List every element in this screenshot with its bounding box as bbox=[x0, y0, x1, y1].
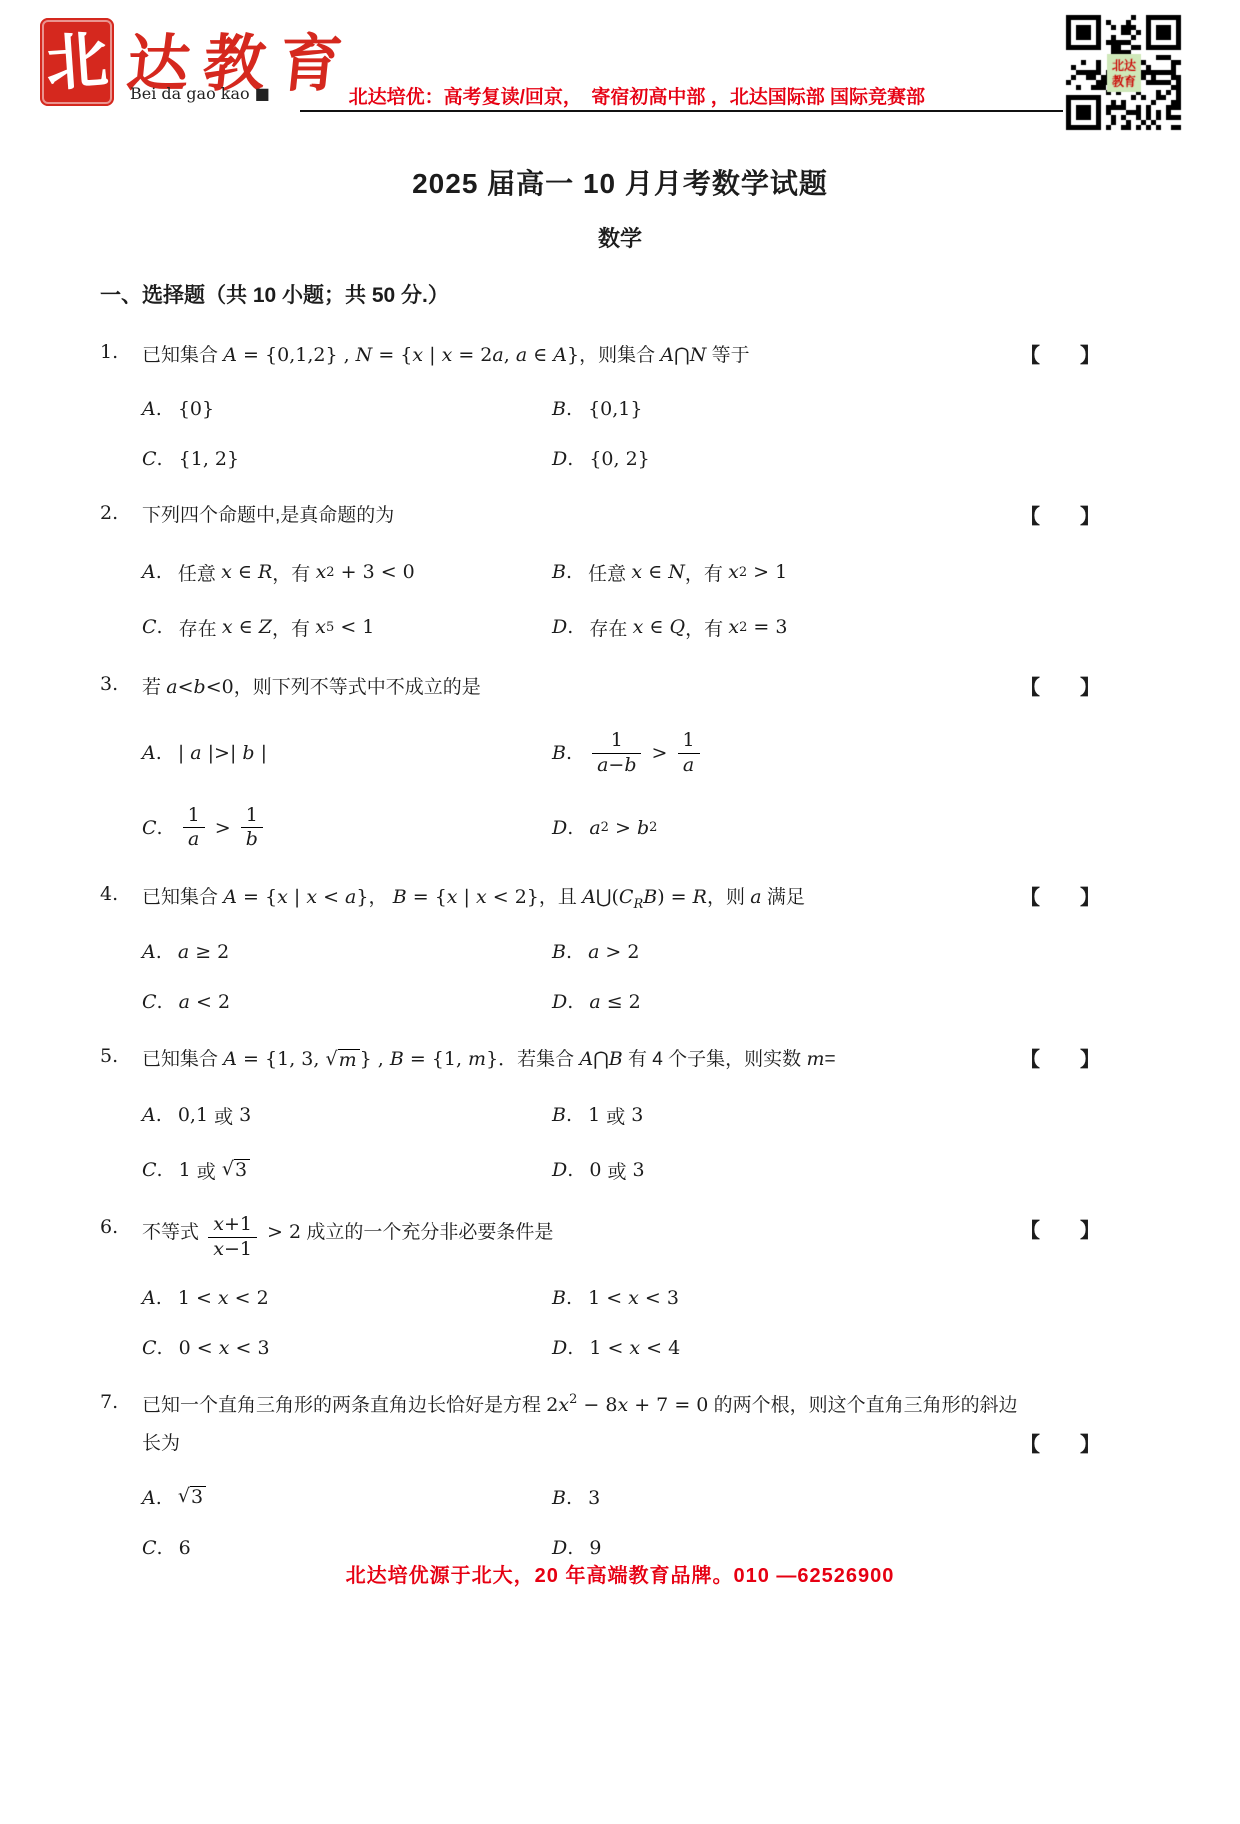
question-stem: 已知一个直角三角形的两条直角边长恰好是方程 2x2 − 8x + 7 = 0 的… bbox=[142, 1389, 1100, 1422]
option-label: C. bbox=[142, 991, 169, 1013]
option-item: C. 0 < x < 3 bbox=[142, 1337, 542, 1359]
option-content: a < 2 bbox=[179, 991, 230, 1013]
question-stem-row: 已知集合 A = {0,1,2} , N = {x | x = 2a, a ∈ … bbox=[142, 339, 1100, 372]
option-label: A. bbox=[142, 1487, 168, 1509]
option-item: A. a ≥ 2 bbox=[142, 941, 542, 963]
question-lines: 已知集合 A = {x | x < a}， B = {x | x < 2}，且 … bbox=[142, 881, 1100, 920]
option-item: A. 任意 x ∈ R，有 x2 + 3 < 0 bbox=[142, 559, 542, 586]
option-item: B. {0,1} bbox=[552, 398, 1100, 420]
questions: 1. 已知集合 A = {0,1,2} , N = {x | x = 2a, a… bbox=[0, 309, 1240, 1559]
option-label: B. bbox=[552, 742, 578, 764]
option-content: 存在 x ∈ Q，有 x2 = 3 bbox=[589, 614, 787, 641]
option-item: C. 存在 x ∈ Z，有 x5 < 1 bbox=[142, 614, 542, 641]
exam-page: 北 达教育 Bei da gao kao ■ 北达培优：高考复读/回京， 寄宿初… bbox=[0, 0, 1240, 1824]
option-content: √3 bbox=[178, 1486, 206, 1509]
option-item: A. √3 bbox=[142, 1486, 542, 1509]
question: 1. 已知集合 A = {0,1,2} , N = {x | x = 2a, a… bbox=[100, 339, 1100, 470]
options-grid: A. √3B. 3C. 6D. 9 bbox=[142, 1486, 1100, 1559]
option-item: D. a ≤ 2 bbox=[552, 991, 1100, 1013]
option-item: D. 9 bbox=[552, 1537, 1100, 1559]
answer-bracket: 【 】 bbox=[1020, 339, 1100, 368]
option-item: D. {0, 2} bbox=[552, 448, 1100, 470]
option-item: D. 存在 x ∈ Q，有 x2 = 3 bbox=[552, 614, 1100, 641]
question-stem: 已知集合 A = {x | x < a}， B = {x | x < 2}，且 … bbox=[142, 881, 1002, 914]
option-label: A. bbox=[142, 742, 168, 764]
question-head: 3. 若 a<b<0，则下列不等式中不成立的是【 】 bbox=[100, 671, 1100, 710]
option-item: B. 任意 x ∈ N，有 x2 > 1 bbox=[552, 559, 1100, 586]
options-grid: A. {0}B. {0,1}C. {1, 2}D. {0, 2} bbox=[142, 398, 1100, 470]
option-item: A. | a |>| b | bbox=[142, 742, 542, 764]
question-stem: 不等式 x+1x−1 > 2 成立的一个充分非必要条件是 bbox=[142, 1214, 1002, 1261]
option-content: {1, 2} bbox=[179, 448, 239, 470]
option-label: B. bbox=[552, 1104, 578, 1126]
option-content: 1 < x < 2 bbox=[178, 1287, 269, 1309]
question-stem: 若 a<b<0，则下列不等式中不成立的是 bbox=[142, 671, 1002, 704]
option-content: {0} bbox=[178, 398, 214, 420]
question-stem: 已知集合 A = {1, 3, √m} , B = {1, m}．若集合 A⋂B… bbox=[142, 1043, 1002, 1076]
question: 6. 不等式 x+1x−1 > 2 成立的一个充分非必要条件是【 】 A. 1 … bbox=[100, 1214, 1100, 1359]
option-item: A. 1 < x < 2 bbox=[142, 1287, 542, 1309]
option-label: D. bbox=[552, 1537, 579, 1559]
option-label: D. bbox=[552, 616, 579, 638]
question-number: 2. bbox=[100, 500, 142, 524]
question-head: 2. 下列四个命题中,是真命题的为【 】 bbox=[100, 500, 1100, 538]
option-content: 6 bbox=[179, 1537, 191, 1559]
option-item: B. 1 < x < 3 bbox=[552, 1287, 1100, 1309]
option-content: 1 < x < 4 bbox=[589, 1337, 680, 1359]
option-item: A. {0} bbox=[142, 398, 542, 420]
option-label: C. bbox=[142, 448, 169, 470]
question-stem-row: 已知集合 A = {x | x < a}， B = {x | x < 2}，且 … bbox=[142, 881, 1100, 914]
answer-bracket: 【 】 bbox=[1020, 1043, 1100, 1072]
question-lines: 不等式 x+1x−1 > 2 成立的一个充分非必要条件是【 】 bbox=[142, 1214, 1100, 1267]
option-label: D. bbox=[552, 991, 579, 1013]
option-content: 0,1 或 3 bbox=[178, 1102, 251, 1129]
option-item: D. a2 > b2 bbox=[552, 817, 1100, 839]
option-content: 3 bbox=[588, 1487, 600, 1509]
options-grid: A. a ≥ 2B. a > 2C. a < 2D. a ≤ 2 bbox=[142, 941, 1100, 1013]
option-item: C. 1 或 √3 bbox=[142, 1157, 542, 1184]
question-number: 3. bbox=[100, 671, 142, 695]
options-grid: A. 0,1 或 3B. 1 或 3C. 1 或 √3D. 0 或 3 bbox=[142, 1102, 1100, 1184]
option-content: a > 2 bbox=[588, 941, 639, 963]
option-label: A. bbox=[142, 1104, 168, 1126]
option-item: B. a > 2 bbox=[552, 941, 1100, 963]
answer-bracket: 【 】 bbox=[1020, 1214, 1100, 1243]
option-content: 0 或 3 bbox=[589, 1157, 644, 1184]
question-number: 4. bbox=[100, 881, 142, 905]
question-stem: 下列四个命题中,是真命题的为 bbox=[142, 500, 1002, 532]
option-label: D. bbox=[552, 448, 579, 470]
question-number: 7. bbox=[100, 1389, 142, 1413]
option-item: C. 6 bbox=[142, 1537, 542, 1559]
brand-tagline: 北达培优：高考复读/回京， 寄宿初高中部 ，北达国际部 国际竞赛部 bbox=[349, 82, 925, 109]
option-content: 任意 x ∈ N，有 x2 > 1 bbox=[588, 559, 787, 586]
options-grid: A. 1 < x < 2B. 1 < x < 3C. 0 < x < 3D. 1… bbox=[142, 1287, 1100, 1359]
option-content: 1 或 √3 bbox=[179, 1157, 250, 1184]
option-content: {0, 2} bbox=[589, 448, 649, 470]
option-item: A. 0,1 或 3 bbox=[142, 1102, 542, 1129]
option-label: C. bbox=[142, 1159, 169, 1181]
option-label: A. bbox=[142, 1287, 168, 1309]
answer-bracket: 【 】 bbox=[1020, 500, 1100, 529]
question-head: 6. 不等式 x+1x−1 > 2 成立的一个充分非必要条件是【 】 bbox=[100, 1214, 1100, 1267]
question-stem: 已知集合 A = {0,1,2} , N = {x | x = 2a, a ∈ … bbox=[142, 339, 1002, 372]
option-content: 任意 x ∈ R，有 x2 + 3 < 0 bbox=[178, 559, 415, 586]
question-head: 7. 已知一个直角三角形的两条直角边长恰好是方程 2x2 − 8x + 7 = … bbox=[100, 1389, 1100, 1467]
option-label: C. bbox=[142, 616, 169, 638]
option-item: C. {1, 2} bbox=[142, 448, 542, 470]
option-item: C. 1a > 1b bbox=[142, 805, 542, 852]
option-item: C. a < 2 bbox=[142, 991, 542, 1013]
answer-bracket: 【 】 bbox=[1020, 1428, 1100, 1457]
option-content: 1a−b > 1a bbox=[588, 730, 704, 777]
question-lines: 下列四个命题中,是真命题的为【 】 bbox=[142, 500, 1100, 538]
option-item: B. 3 bbox=[552, 1487, 1100, 1509]
option-content: 1 < x < 3 bbox=[588, 1287, 679, 1309]
question: 3. 若 a<b<0，则下列不等式中不成立的是【 】 A. | a |>| b … bbox=[100, 671, 1100, 852]
option-label: A. bbox=[142, 398, 168, 420]
option-label: C. bbox=[142, 817, 169, 839]
option-content: a ≥ 2 bbox=[178, 941, 229, 963]
option-item: B. 1 或 3 bbox=[552, 1102, 1100, 1129]
question-lines: 已知一个直角三角形的两条直角边长恰好是方程 2x2 − 8x + 7 = 0 的… bbox=[142, 1389, 1100, 1467]
option-content: {0,1} bbox=[588, 398, 642, 420]
question: 2. 下列四个命题中,是真命题的为【 】 A. 任意 x ∈ R，有 x2 + … bbox=[100, 500, 1100, 640]
footer-text: 北达培优源于北大，20 年高端教育品牌。010 —62526900 bbox=[0, 1559, 1240, 1588]
option-label: D. bbox=[552, 1337, 579, 1359]
option-label: C. bbox=[142, 1537, 169, 1559]
question: 7. 已知一个直角三角形的两条直角边长恰好是方程 2x2 − 8x + 7 = … bbox=[100, 1389, 1100, 1559]
options-grid: A. | a |>| b |B. 1a−b > 1aC. 1a > 1bD. a… bbox=[142, 730, 1100, 851]
question-stem-row: 若 a<b<0，则下列不等式中不成立的是【 】 bbox=[142, 671, 1100, 704]
option-label: B. bbox=[552, 561, 578, 583]
answer-bracket: 【 】 bbox=[1020, 671, 1100, 700]
option-label: B. bbox=[552, 1487, 578, 1509]
question-head: 5. 已知集合 A = {1, 3, √m} , B = {1, m}．若集合 … bbox=[100, 1043, 1100, 1082]
section-heading: 一、选择题（共 10 小题；共 50 分.） bbox=[100, 279, 1240, 309]
option-content: 存在 x ∈ Z，有 x5 < 1 bbox=[179, 614, 375, 641]
question-head: 1. 已知集合 A = {0,1,2} , N = {x | x = 2a, a… bbox=[100, 339, 1100, 378]
header-divider bbox=[300, 110, 1105, 112]
question-stem-row: 长为【 】 bbox=[142, 1428, 1100, 1460]
option-content: 0 < x < 3 bbox=[179, 1337, 270, 1359]
option-content: 1a > 1b bbox=[179, 805, 267, 852]
page-subtitle: 数学 bbox=[0, 222, 1240, 253]
option-label: A. bbox=[142, 561, 168, 583]
question-number: 5. bbox=[100, 1043, 142, 1067]
question-stem: 长为 bbox=[142, 1428, 1002, 1460]
answer-bracket: 【 】 bbox=[1020, 881, 1100, 910]
question-lines: 已知集合 A = {0,1,2} , N = {x | x = 2a, a ∈ … bbox=[142, 339, 1100, 378]
question-stem-row: 下列四个命题中,是真命题的为【 】 bbox=[142, 500, 1100, 532]
question-stem-row: 已知集合 A = {1, 3, √m} , B = {1, m}．若集合 A⋂B… bbox=[142, 1043, 1100, 1076]
option-label: C. bbox=[142, 1337, 169, 1359]
option-label: B. bbox=[552, 1287, 578, 1309]
option-content: a2 > b2 bbox=[589, 817, 657, 839]
question-number: 1. bbox=[100, 339, 142, 363]
page-header: 北 达教育 Bei da gao kao ■ 北达培优：高考复读/回京， 寄宿初… bbox=[0, 0, 1240, 138]
brand-pinyin: Bei da gao kao ■ bbox=[130, 84, 270, 103]
option-content: 1 或 3 bbox=[588, 1102, 643, 1129]
option-label: A. bbox=[142, 941, 168, 963]
option-label: B. bbox=[552, 941, 578, 963]
stamp-character: 北 bbox=[44, 29, 110, 95]
question-lines: 已知集合 A = {1, 3, √m} , B = {1, m}．若集合 A⋂B… bbox=[142, 1043, 1100, 1082]
option-label: B. bbox=[552, 398, 578, 420]
option-content: 9 bbox=[589, 1537, 601, 1559]
options-grid: A. 任意 x ∈ R，有 x2 + 3 < 0B. 任意 x ∈ N，有 x2… bbox=[142, 559, 1100, 641]
option-content: | a |>| b | bbox=[178, 742, 267, 764]
option-content: a ≤ 2 bbox=[589, 991, 640, 1013]
option-label: D. bbox=[552, 1159, 579, 1181]
question-stem-row: 不等式 x+1x−1 > 2 成立的一个充分非必要条件是【 】 bbox=[142, 1214, 1100, 1261]
option-item: D. 0 或 3 bbox=[552, 1157, 1100, 1184]
question: 5. 已知集合 A = {1, 3, √m} , B = {1, m}．若集合 … bbox=[100, 1043, 1100, 1184]
question-head: 4. 已知集合 A = {x | x < a}， B = {x | x < 2}… bbox=[100, 881, 1100, 920]
option-label: D. bbox=[552, 817, 579, 839]
brand-stamp-logo: 北 bbox=[40, 18, 114, 106]
question-number: 6. bbox=[100, 1214, 142, 1238]
question-lines: 若 a<b<0，则下列不等式中不成立的是【 】 bbox=[142, 671, 1100, 710]
question-stem-row: 已知一个直角三角形的两条直角边长恰好是方程 2x2 − 8x + 7 = 0 的… bbox=[142, 1389, 1100, 1422]
option-item: D. 1 < x < 4 bbox=[552, 1337, 1100, 1359]
page-title: 2025 届高一 10 月月考数学试题 bbox=[0, 162, 1240, 202]
question: 4. 已知集合 A = {x | x < a}， B = {x | x < 2}… bbox=[100, 881, 1100, 1012]
qr-code bbox=[1063, 12, 1185, 134]
option-item: B. 1a−b > 1a bbox=[552, 730, 1100, 777]
